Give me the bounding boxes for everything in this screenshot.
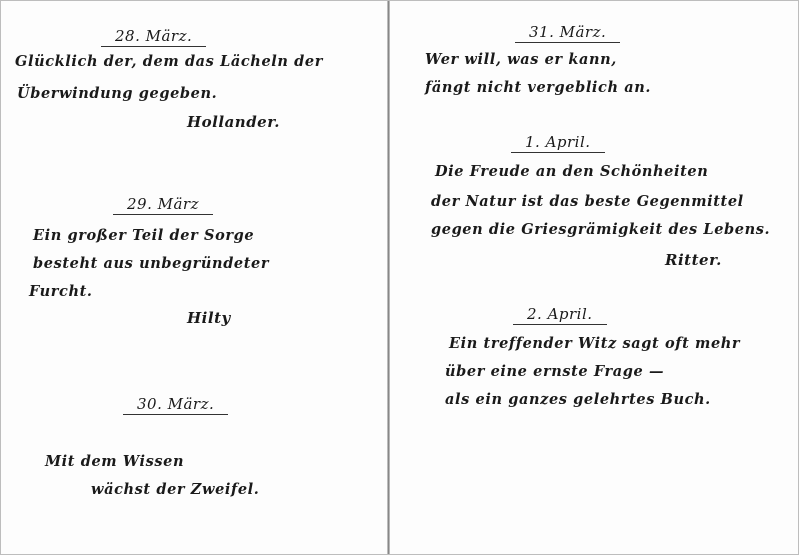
entry-line: der Natur ist das beste Gegenmittel bbox=[431, 193, 744, 210]
entry-line: Glücklich der, dem das Lächeln der bbox=[15, 53, 323, 70]
entry-date: 1. April. bbox=[511, 133, 605, 153]
entry-line: Überwindung gegeben. bbox=[17, 85, 217, 102]
entry-line: besteht aus unbegründeter bbox=[33, 255, 269, 272]
entry-line: wächst der Zweifel. bbox=[91, 481, 259, 498]
entry-date: 2. April. bbox=[513, 305, 607, 325]
entry-line: Ein großer Teil der Sorge bbox=[33, 227, 254, 244]
entry-line: Wer will, was er kann, bbox=[425, 51, 617, 68]
book-spread: 28. März. Glücklich der, dem das Lächeln… bbox=[0, 0, 799, 555]
entry-author: Hilty bbox=[187, 309, 231, 327]
entry-line: Ein treffender Witz sagt oft mehr bbox=[449, 335, 740, 352]
entry-line: Die Freude an den Schönheiten bbox=[435, 163, 708, 180]
entry-date: 30. März. bbox=[123, 395, 228, 415]
left-page: 28. März. Glücklich der, dem das Lächeln… bbox=[1, 1, 387, 554]
entry-date: 29. März bbox=[113, 195, 213, 215]
entry-date: 28. März. bbox=[101, 27, 206, 47]
right-page: 31. März. Wer will, was er kann, fängt n… bbox=[391, 1, 798, 554]
entry-line: als ein ganzes gelehrtes Buch. bbox=[445, 391, 711, 408]
entry-author: Hollander. bbox=[187, 113, 280, 131]
book-gutter bbox=[387, 1, 390, 554]
entry-date: 31. März. bbox=[515, 23, 620, 43]
entry-line: Mit dem Wissen bbox=[45, 453, 184, 470]
entry-line: fängt nicht vergeblich an. bbox=[425, 79, 651, 96]
entry-line: Furcht. bbox=[29, 283, 93, 300]
entry-line: über eine ernste Frage — bbox=[445, 363, 664, 380]
entry-line: gegen die Griesgrämigkeit des Lebens. bbox=[431, 221, 770, 238]
entry-author: Ritter. bbox=[665, 251, 722, 269]
